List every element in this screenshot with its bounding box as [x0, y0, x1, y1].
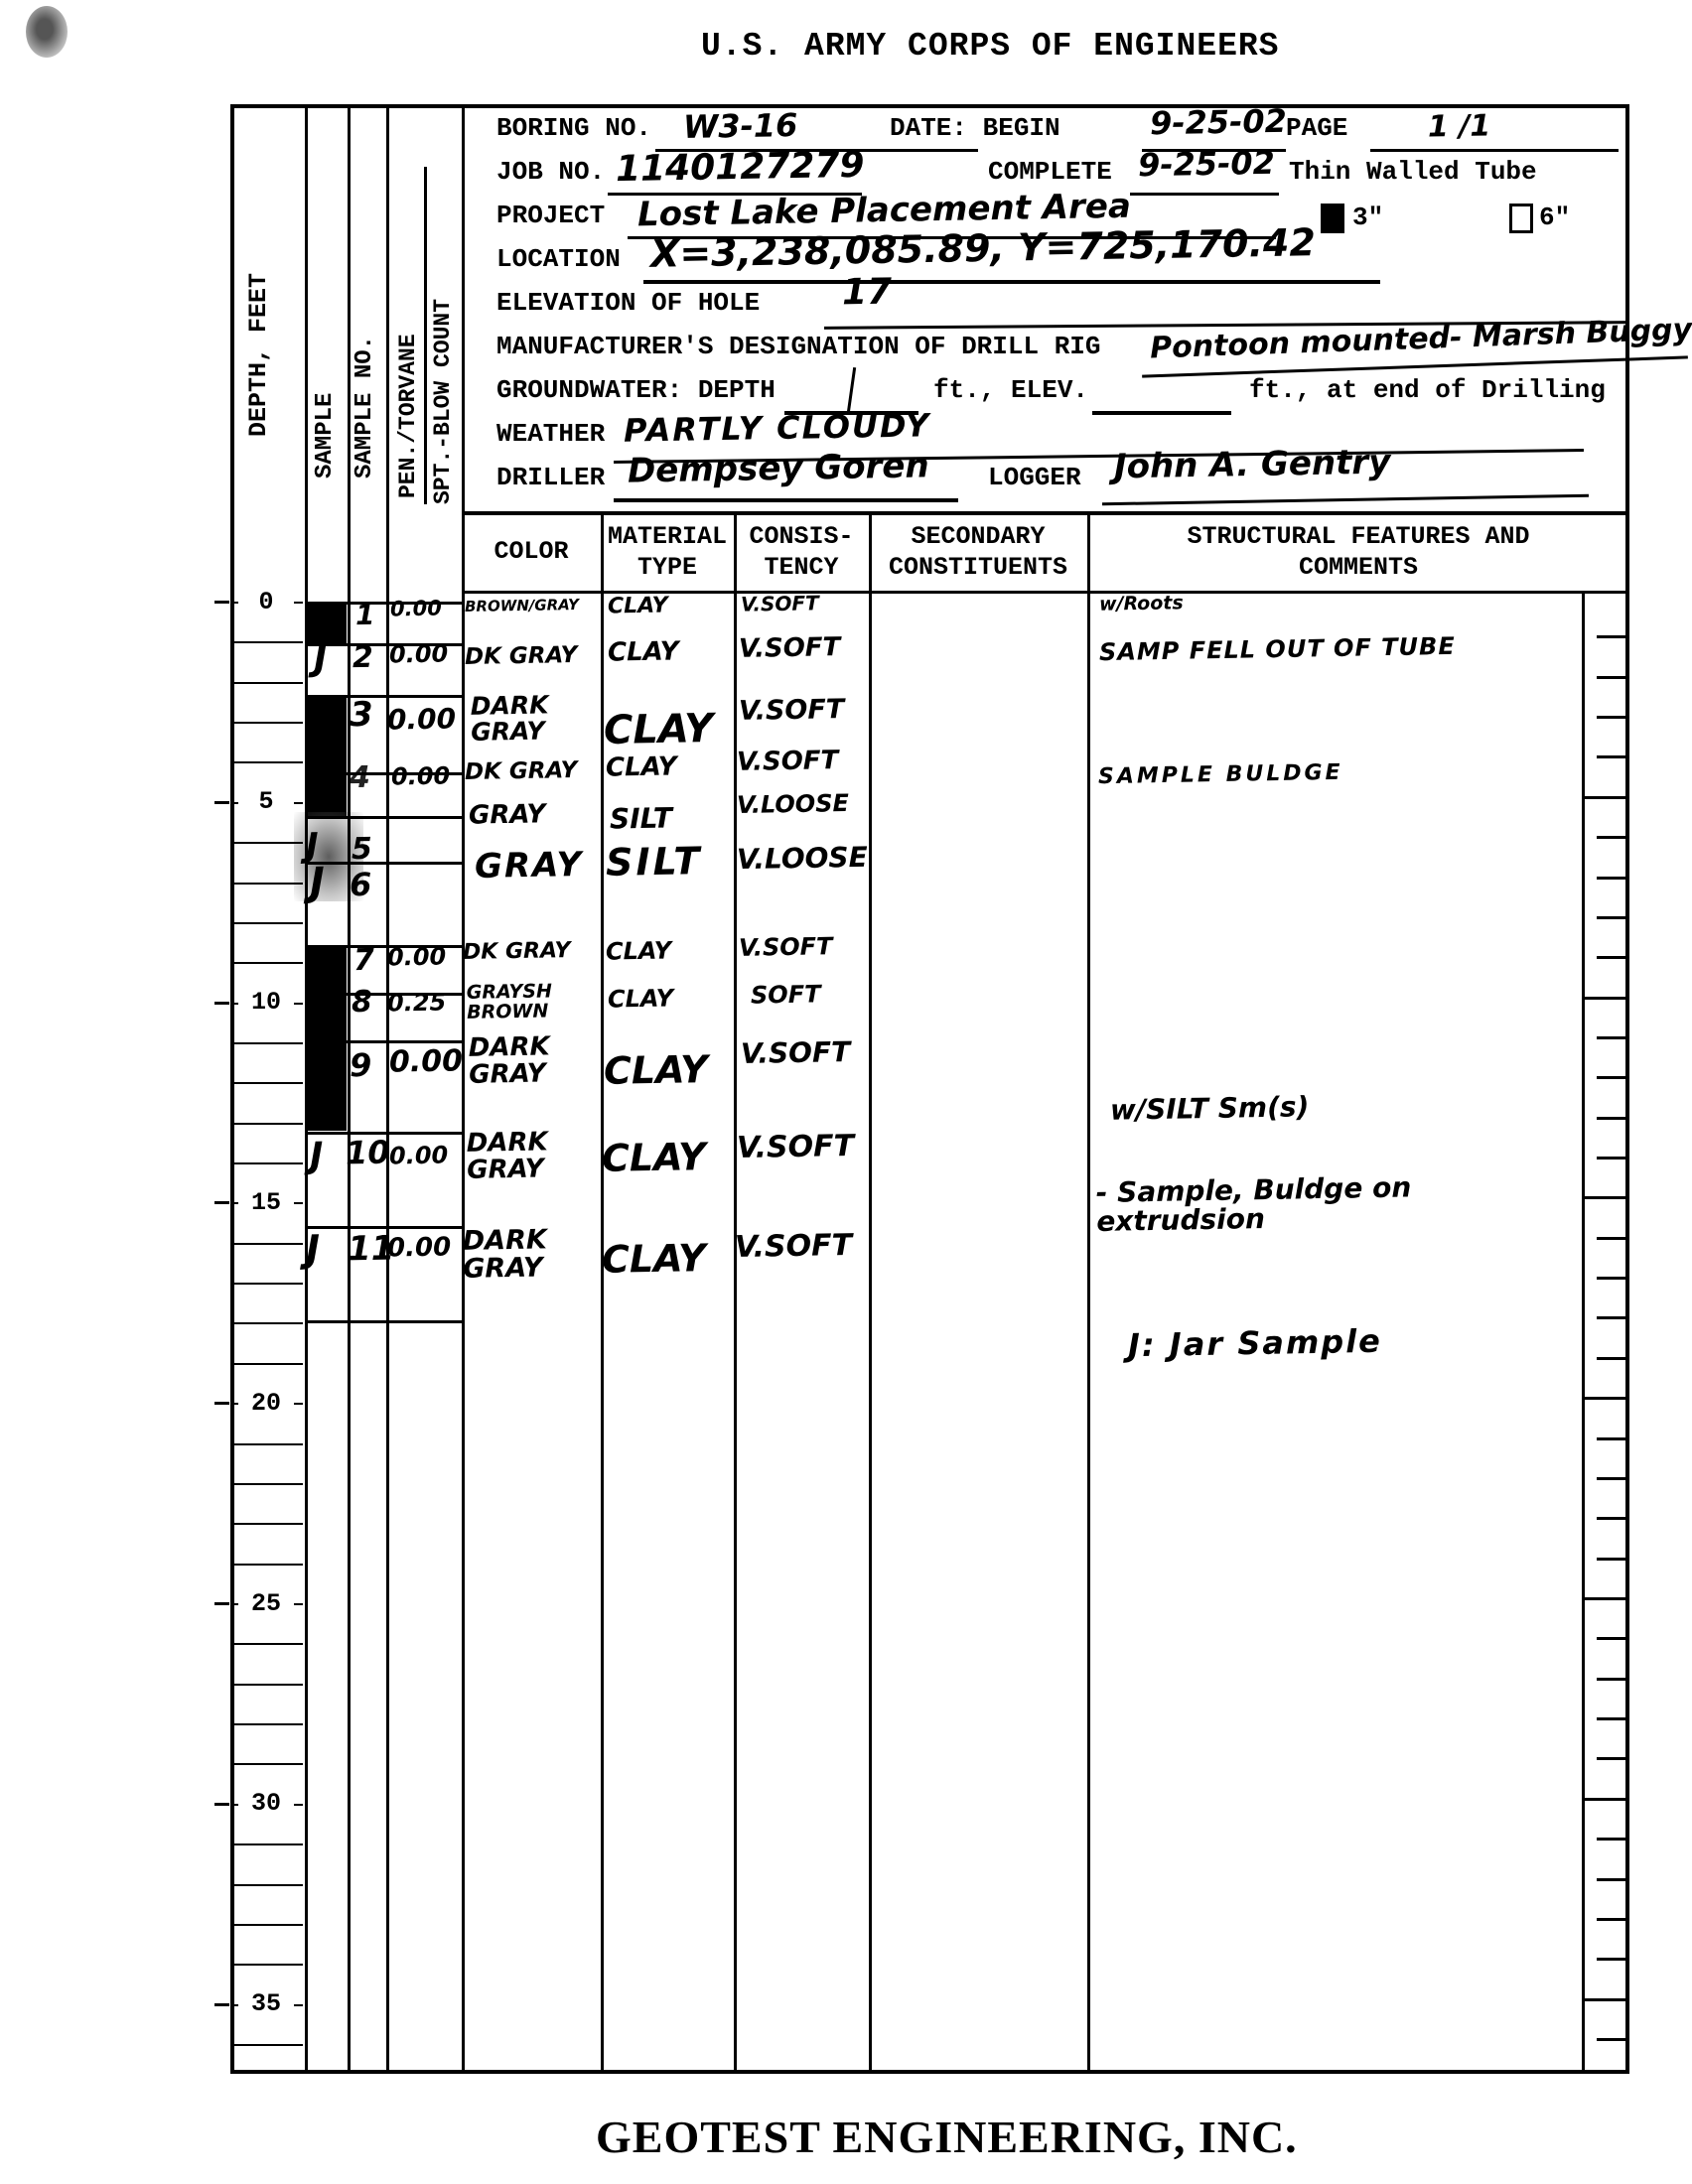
column-line: [869, 511, 872, 2074]
consistency-value: V.SOFT: [737, 746, 839, 777]
right-ruler-minor-tick: [1597, 1958, 1626, 1961]
depth-ruler-line: [232, 1643, 303, 1645]
color-value: DK GRAY: [465, 757, 578, 785]
depth-ruler-line: [232, 1322, 303, 1324]
company-footer: GEOTEST ENGINEERING, INC.: [596, 2111, 1298, 2163]
right-ruler-minor-tick: [1597, 1757, 1626, 1760]
sample-row-line: [305, 993, 462, 996]
tube-6in-label: 6": [1539, 203, 1570, 232]
sample-row-line: [305, 816, 462, 819]
depth-ruler-line: [232, 682, 303, 684]
right-ruler-major-tick: [1582, 796, 1629, 799]
sample-no: 3: [350, 695, 373, 735]
project-label: PROJECT: [496, 201, 605, 230]
right-ruler-minor-tick: [1597, 716, 1626, 719]
consistency-value: V.LOOSE: [737, 789, 849, 819]
right-ruler-minor-tick: [1597, 1878, 1626, 1881]
depth-ruler-line: [232, 1843, 303, 1845]
comment: w/SILT Sm(s): [1110, 1090, 1310, 1126]
tube-sample-bar: [307, 696, 347, 819]
depth-tick: [214, 1803, 229, 1806]
sample-row-line: [305, 1040, 462, 1043]
sample-row-line: [305, 862, 462, 865]
depth-ruler-line: [232, 962, 303, 964]
right-ruler-minor-tick: [1597, 1036, 1626, 1039]
underline: [628, 236, 1276, 239]
depth-ruler-line: [232, 1723, 303, 1725]
right-ruler-minor-tick: [1597, 676, 1626, 679]
depth-ruler-line: [232, 1243, 303, 1245]
material-value: CLAY: [606, 936, 672, 965]
depth-ruler-line: [232, 761, 303, 763]
depth-tick: [214, 2003, 229, 2006]
consistency-value: SOFT: [751, 980, 821, 1009]
right-ruler-minor-tick: [1597, 1637, 1626, 1640]
tube-sample-bar: [307, 946, 347, 1131]
depth-label: 15: [238, 1187, 294, 1217]
consistency-value: V.LOOSE: [737, 841, 868, 876]
material-value: CLAY: [602, 1236, 706, 1282]
job-no-label: JOB NO.: [496, 157, 605, 187]
consistency-value: V.SOFT: [741, 1035, 851, 1070]
right-ruler-minor-tick: [1597, 916, 1626, 919]
comment: w/Roots: [1099, 592, 1184, 614]
depth-ruler-line: [232, 842, 303, 844]
date-begin-label: DATE: BEGIN: [890, 113, 1060, 143]
depth-ruler-line: [232, 1363, 303, 1365]
pen-value: 0.00: [387, 702, 457, 736]
sample-no: 8: [352, 985, 372, 1020]
color-value: GRAY: [475, 845, 584, 887]
column-line: [734, 511, 737, 2074]
groundwater-label: GROUNDWATER: DEPTH: [496, 375, 775, 405]
right-ruler-minor-tick: [1597, 1678, 1626, 1681]
right-ruler-major-tick: [1582, 1397, 1629, 1400]
header-material-text: MATERIAL TYPE: [603, 521, 732, 584]
jar-marker: J: [310, 1136, 324, 1176]
depth-ruler-line: [232, 1082, 303, 1084]
table-header-bottom-line: [462, 591, 1629, 594]
header-consistency-text: CONSIS- TENCY: [742, 521, 861, 584]
right-ruler-minor-tick: [1597, 1237, 1626, 1240]
consistency-value: V.SOFT: [739, 694, 845, 727]
page-title: U.S. ARMY CORPS OF ENGINEERS: [701, 28, 1280, 65]
underline: [655, 149, 978, 152]
column-label-sample: SAMPLE: [312, 393, 339, 478]
depth-ruler-line: [232, 1763, 303, 1765]
column-label-spt-blow-count: SPT.-BLOW COUNT: [430, 299, 456, 504]
page-value: 1 /1: [1428, 108, 1491, 144]
elevation-value: 17: [842, 272, 893, 314]
tube-6in-checkbox: [1509, 204, 1533, 233]
color-value: DARK GRAY: [463, 1226, 568, 1285]
sample-row-line: [305, 602, 462, 605]
right-ruler-axis: [1582, 593, 1585, 2074]
right-ruler-minor-tick: [1597, 635, 1626, 638]
sample-row-line: [305, 1320, 462, 1323]
depth-ruler-line: [232, 1443, 303, 1445]
depth-tick: [214, 1402, 229, 1405]
tube-label: Thin Walled Tube: [1289, 157, 1537, 187]
underline: [614, 498, 958, 502]
right-ruler-minor-tick: [1597, 1157, 1626, 1160]
column-line: [386, 104, 389, 2074]
depth-label: 25: [238, 1588, 294, 1618]
drill-rig-label: MANUFACTURER'S DESIGNATION OF DRILL RIG: [496, 332, 1101, 361]
depth-tick: [214, 801, 229, 804]
ink-smudge: [26, 6, 68, 58]
column-line: [462, 104, 465, 2074]
column-label-depth-feet: DEPTH, FEET: [244, 273, 273, 437]
column-line: [348, 104, 351, 2074]
material-value: CLAY: [608, 984, 674, 1013]
right-ruler-minor-tick: [1597, 755, 1626, 758]
underline: [1370, 149, 1619, 152]
tube-3in-label: 3": [1352, 203, 1383, 232]
depth-ruler-line: [232, 722, 303, 724]
depth-ruler-line: [232, 1042, 303, 1044]
depth-label: 35: [238, 1989, 294, 2019]
comment: - Sample, Buldge on extrudsion: [1096, 1172, 1435, 1237]
depth-tick: [214, 1201, 229, 1204]
depth-label: 5: [238, 787, 294, 817]
driller-value: Dempsey Goren: [628, 446, 929, 490]
right-ruler-minor-tick: [1597, 1558, 1626, 1561]
consistency-value: V.SOFT: [741, 591, 819, 615]
depth-tick: [214, 1002, 229, 1005]
legend-note: J: Jar Sample: [1128, 1322, 1382, 1364]
depth-ruler-line: [232, 1483, 303, 1485]
depth-ruler-line: [232, 641, 303, 643]
material-value: CLAY: [606, 751, 677, 782]
depth-label: 10: [238, 988, 294, 1018]
weather-label: WEATHER: [496, 419, 605, 449]
consistency-value: V.SOFT: [739, 932, 833, 962]
header-secondary-text: SECONDARY CONSTITUENTS: [879, 521, 1077, 584]
right-ruler-major-tick: [1582, 1196, 1629, 1199]
depth-ruler-line: [232, 2044, 303, 2046]
depth-ruler-line: [232, 922, 303, 924]
depth-ruler-line: [232, 1964, 303, 1966]
sample-row-line: [305, 695, 462, 698]
consistency-value: V.SOFT: [739, 632, 841, 664]
right-ruler-major-tick: [1582, 997, 1629, 1000]
column-line: [1087, 511, 1090, 2074]
material-value: CLAY: [602, 1135, 706, 1180]
sample-no: 7: [353, 943, 374, 978]
complete-label: COMPLETE: [988, 157, 1112, 187]
location-label: LOCATION: [496, 244, 621, 274]
underline: [1130, 193, 1279, 196]
depth-ruler-line: [232, 1283, 303, 1285]
color-value: DARK GRAY: [469, 1033, 564, 1089]
depth-label: 20: [238, 1388, 294, 1418]
depth-ruler-line: [232, 1564, 303, 1566]
table-header-top-line: [462, 511, 1629, 515]
pen-value: 0.00: [387, 1232, 452, 1263]
right-ruler-minor-tick: [1597, 836, 1626, 839]
logger-label: LOGGER: [988, 463, 1081, 492]
right-ruler-minor-tick: [1597, 1918, 1626, 1921]
right-ruler-minor-tick: [1597, 1316, 1626, 1319]
depth-tick: [214, 1602, 229, 1605]
column-label-sample-no: SAMPLE NO.: [352, 336, 378, 478]
pen-value: 0.00: [391, 761, 451, 790]
underline: [643, 280, 1380, 284]
header-structural-text: STRUCTURAL FEATURES AND COMMENTS: [1180, 521, 1537, 584]
sample-row-line: [305, 772, 462, 775]
sample-row-line: [305, 945, 462, 948]
color-value: GRAY: [469, 799, 546, 830]
depth-tick: [214, 601, 229, 604]
sample-row-line: [305, 1226, 462, 1229]
pen-value: 0.00: [389, 1141, 449, 1169]
color-value: DK GRAY: [465, 642, 578, 670]
date-begin-value: 9-25-02: [1150, 102, 1288, 142]
boring-log-scan: U.S. ARMY CORPS OF ENGINEERS DEPTH, FEET…: [0, 0, 1692, 2184]
elevation-label: ELEVATION OF HOLE: [496, 288, 760, 318]
right-ruler-minor-tick: [1597, 1517, 1626, 1520]
right-ruler-major-tick: [1582, 1998, 1629, 2001]
logger-value: John A. Gentry: [1114, 443, 1391, 487]
right-ruler-minor-tick: [1597, 1277, 1626, 1280]
underline: [784, 411, 918, 415]
pen-value: 0.00: [390, 597, 442, 621]
color-value: BROWN/GRAY: [465, 596, 579, 615]
sample-no: 10: [346, 1134, 390, 1172]
material-value: SILT: [610, 801, 672, 835]
right-ruler-minor-tick: [1597, 1717, 1626, 1720]
consistency-value: V.SOFT: [735, 1228, 853, 1265]
underline: [1092, 411, 1231, 415]
page-label: PAGE: [1286, 113, 1347, 143]
depth-ruler-line: [232, 1162, 303, 1164]
underline: [608, 193, 862, 196]
header-color: COLOR: [462, 511, 601, 593]
right-ruler-minor-tick: [1597, 956, 1626, 959]
comment: SAMPLE BULDGE: [1098, 760, 1343, 789]
sample-no: 6: [350, 866, 372, 903]
material-value: CLAY: [608, 593, 668, 618]
color-value: DK GRAY: [463, 938, 571, 965]
material-value: CLAY: [608, 636, 679, 667]
boring-no-label: BORING NO.: [496, 113, 651, 143]
sample-no: 9: [350, 1046, 372, 1084]
driller-label: DRILLER: [496, 463, 605, 492]
sample-row-line: [305, 1132, 462, 1135]
right-ruler-minor-tick: [1597, 877, 1626, 880]
material-value: CLAY: [604, 1047, 708, 1093]
column-line: [601, 511, 604, 2074]
sample-no: 4: [350, 760, 370, 795]
depth-ruler-line: [232, 1523, 303, 1525]
right-ruler-major-tick: [1582, 1597, 1629, 1600]
right-ruler-minor-tick: [1597, 1076, 1626, 1079]
right-ruler-major-tick: [1582, 1798, 1629, 1801]
depth-ruler-line: [232, 1684, 303, 1686]
right-ruler-minor-tick: [1597, 1838, 1626, 1841]
consistency-value: V.SOFT: [737, 1129, 855, 1165]
material-value: SILT: [606, 839, 703, 885]
depth-ruler-line: [232, 1884, 303, 1886]
pen-spt-divider-line: [424, 167, 427, 504]
groundwater-mid-label: ft., ELEV.: [933, 375, 1088, 405]
boring-no-value: W3-16: [683, 106, 798, 146]
sample-row-line: [305, 643, 462, 646]
right-ruler-minor-tick: [1597, 1117, 1626, 1120]
material-value: CLAY: [604, 706, 714, 753]
underline: [1142, 149, 1286, 152]
right-ruler-minor-tick: [1597, 2038, 1626, 2041]
color-value: DARK GRAY: [467, 1129, 562, 1184]
column-label-pen-torvane: PEN./TORVANE: [395, 334, 421, 498]
header-color-text: COLOR: [493, 536, 568, 567]
depth-ruler-line: [232, 883, 303, 885]
color-value: GRAYSH BROWN: [467, 982, 572, 1024]
depth-label: 30: [238, 1789, 294, 1819]
tube-3in-checkbox-checked: [1321, 204, 1344, 233]
right-ruler-minor-tick: [1597, 1357, 1626, 1360]
right-ruler-minor-tick: [1597, 1437, 1626, 1440]
column-line: [305, 104, 308, 2074]
depth-ruler-line: [232, 1924, 303, 1926]
pen-value: 0.00: [389, 1043, 464, 1079]
jar-marker: J: [310, 860, 326, 905]
groundwater-end-label: ft., at end of Drilling: [1249, 375, 1606, 405]
depth-label: 0: [238, 587, 294, 616]
right-ruler-minor-tick: [1597, 1477, 1626, 1480]
depth-ruler-line: [232, 1123, 303, 1125]
color-value: DARK GRAY: [471, 692, 566, 746]
